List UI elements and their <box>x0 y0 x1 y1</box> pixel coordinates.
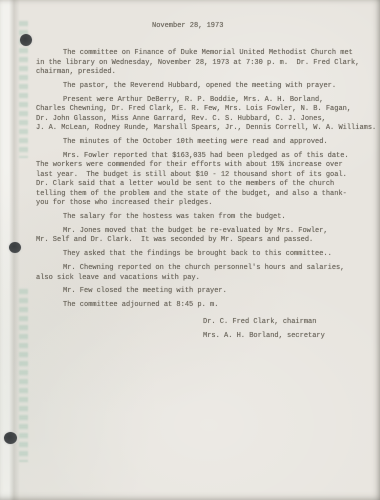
document-line: The minutes of the October 10th meeting … <box>36 138 376 147</box>
document-content: November 28, 1973 The committee on Finan… <box>36 22 376 346</box>
document-paragraph: The minutes of the October 10th meeting … <box>36 138 376 147</box>
document-paragraph: Present were Arthur DeBerry, R. P. Boddi… <box>36 96 376 134</box>
document-line: They asked that the findings be brought … <box>36 250 376 259</box>
document-paragraph: They asked that the findings be brought … <box>36 250 376 259</box>
document-paragraph: The pastor, the Reverend Hubbard, opened… <box>36 82 376 91</box>
hole-punch <box>9 242 21 253</box>
document-line: Dr. John Glasson, Miss Anne Garrard, Rev… <box>36 115 376 124</box>
document-line: The committee adjourned at 8:45 p. m. <box>36 301 376 310</box>
hole-punch <box>4 432 17 444</box>
document-line: Mr. Jones moved that the budget be re-ev… <box>36 227 376 236</box>
document-line: Dr. Clark said that a letter would be se… <box>36 180 376 189</box>
document-paragraph: The salary for the hostess was taken fro… <box>36 213 376 222</box>
document-line: The salary for the hostess was taken fro… <box>36 213 376 222</box>
hole-punch <box>20 34 32 46</box>
scanned-document-page: November 28, 1973 The committee on Finan… <box>0 0 380 500</box>
document-line: in the library on Wednesday, November 28… <box>36 59 376 68</box>
document-line: Charles Chewning, Dr. Fred Clark, E. R. … <box>36 105 376 114</box>
document-line: Mr. Chewning reported on the church pers… <box>36 264 376 273</box>
document-date: November 28, 1973 <box>152 22 376 31</box>
document-line: last year. The budget is still about $10… <box>36 171 376 180</box>
signature-line: Mrs. A. H. Borland, secretary <box>203 332 376 341</box>
document-paragraph: The committee on Finance of Duke Memoria… <box>36 49 376 77</box>
document-line: also sick leave and vacations with pay. <box>36 274 376 283</box>
document-body: The committee on Finance of Duke Memoria… <box>36 49 376 310</box>
signature-line: Dr. C. Fred Clark, chairman <box>203 318 376 327</box>
document-paragraph: Mr. Chewning reported on the church pers… <box>36 264 376 283</box>
document-line: The pastor, the Reverend Hubbard, opened… <box>36 82 376 91</box>
document-line: J. A. McLean, Rodney Runde, Marshall Spe… <box>36 124 376 133</box>
document-paragraph: Mrs. Fowler reported that $163,035 had b… <box>36 152 376 208</box>
document-line: The committee on Finance of Duke Memoria… <box>36 49 376 58</box>
signature-block: Dr. C. Fred Clark, chairmanMrs. A. H. Bo… <box>36 318 376 341</box>
document-line: you for those who increased their pledge… <box>36 199 376 208</box>
document-line: chairman, presided. <box>36 68 376 77</box>
document-paragraph: Mr. Few closed the meeting with prayer. <box>36 287 376 296</box>
document-paragraph: Mr. Jones moved that the budget be re-ev… <box>36 227 376 246</box>
document-paragraph: The committee adjourned at 8:45 p. m. <box>36 301 376 310</box>
document-line: telling them of the problem and the stat… <box>36 190 376 199</box>
document-line: The workers were commended for their eff… <box>36 161 376 170</box>
document-line: Mr. Self and Dr. Clark. It was seconded … <box>36 236 376 245</box>
vertical-stamp-mark <box>19 288 28 462</box>
document-line: Mr. Few closed the meeting with prayer. <box>36 287 376 296</box>
